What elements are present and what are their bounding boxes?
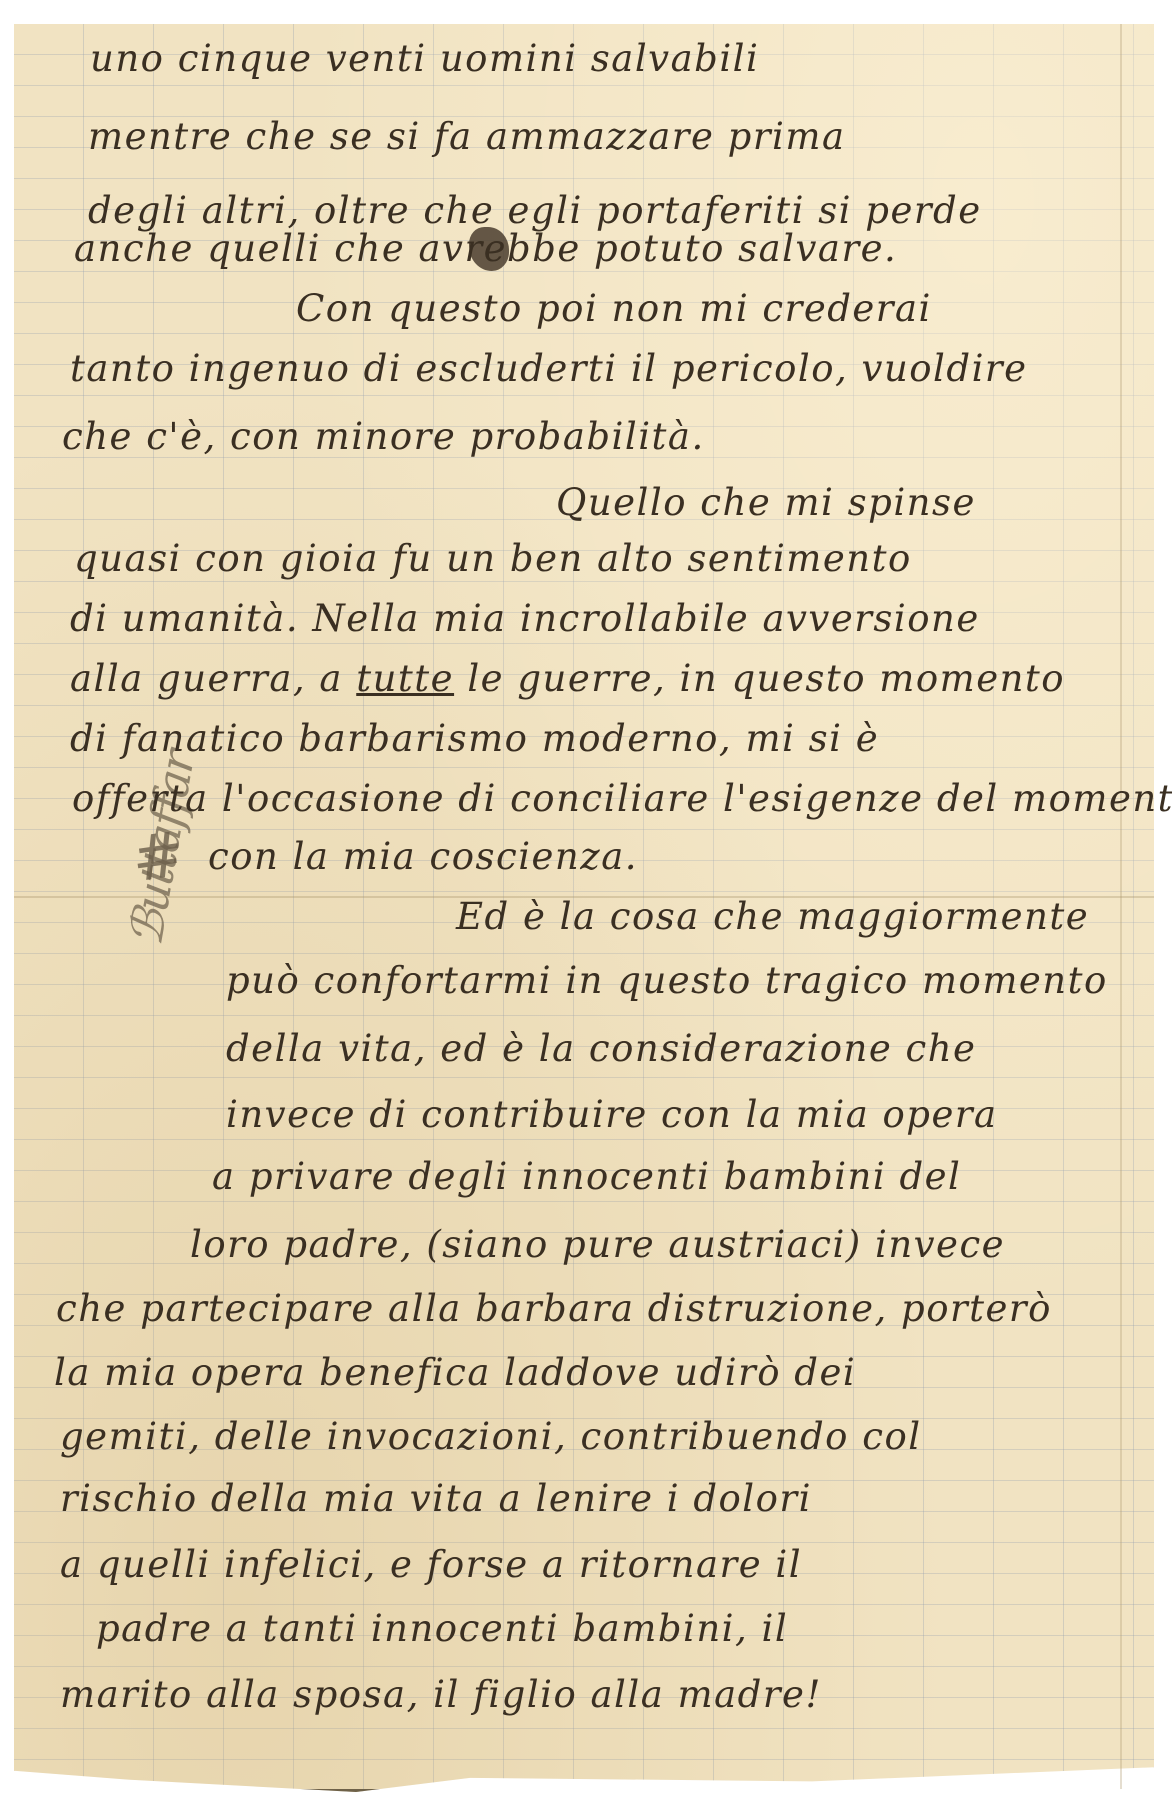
letter-line: tanto ingenuo di escluderti il pericolo,… <box>70 350 1028 387</box>
letter-line: può confortarmi in questo tragico moment… <box>226 962 1108 999</box>
letter-line: rischio della mia vita a lenire i dolori <box>60 1480 812 1517</box>
letter-line: Con questo poi non mi crederai <box>296 290 932 327</box>
letter-line: che c'è, con minore probabilità. <box>62 418 705 455</box>
letter-line: che partecipare alla barbara distruzione… <box>56 1290 1052 1327</box>
letter-line: anche quelli che avrebbe potuto salvare. <box>74 230 897 267</box>
letter-line: invece di contribuire con la mia opera <box>226 1096 998 1133</box>
letter-line: della vita, ed è la considerazione che <box>226 1030 976 1067</box>
letter-line: mentre che se si fa ammazzare prima <box>88 118 846 155</box>
letter-line: quasi con gioia fu un ben alto sentiment… <box>74 540 912 577</box>
letter-line: gemiti, delle invocazioni, contribuendo … <box>60 1418 922 1455</box>
letter-line: padre a tanti innocenti bambini, il <box>96 1610 788 1647</box>
letter-line: Quello che mi spinse <box>556 484 976 521</box>
letter-line: Ed è la cosa che maggiormente <box>456 898 1089 935</box>
paper-fold-vertical <box>1120 24 1122 1789</box>
letter-line: marito alla sposa, il figlio alla madre! <box>60 1676 822 1713</box>
letter-line: la mia opera benefica laddove udirò dei <box>54 1354 856 1391</box>
letter-line: con la mia coscienza. <box>208 838 638 875</box>
letter-line: degli altri, oltre che egli portaferiti … <box>88 192 982 229</box>
letter-line: loro padre, (siano pure austriaci) invec… <box>190 1226 1005 1263</box>
letter-line: alla guerra, a tutte le guerre, in quest… <box>70 660 1065 697</box>
letter-line: di umanità. Nella mia incrollabile avver… <box>70 600 980 637</box>
letter-line: di fanatico barbarismo moderno, mi si è <box>70 720 879 757</box>
letter-line: a quelli infelici, e forse a ritornare i… <box>60 1546 802 1583</box>
letter-line: offerta l'occasione di conciliare l'esig… <box>72 780 1172 817</box>
underlined-word: tutte <box>356 657 454 700</box>
letter-line: uno cinque venti uomini salvabili <box>90 40 759 77</box>
letter-line: a privare degli innocenti bambini del <box>212 1158 961 1195</box>
